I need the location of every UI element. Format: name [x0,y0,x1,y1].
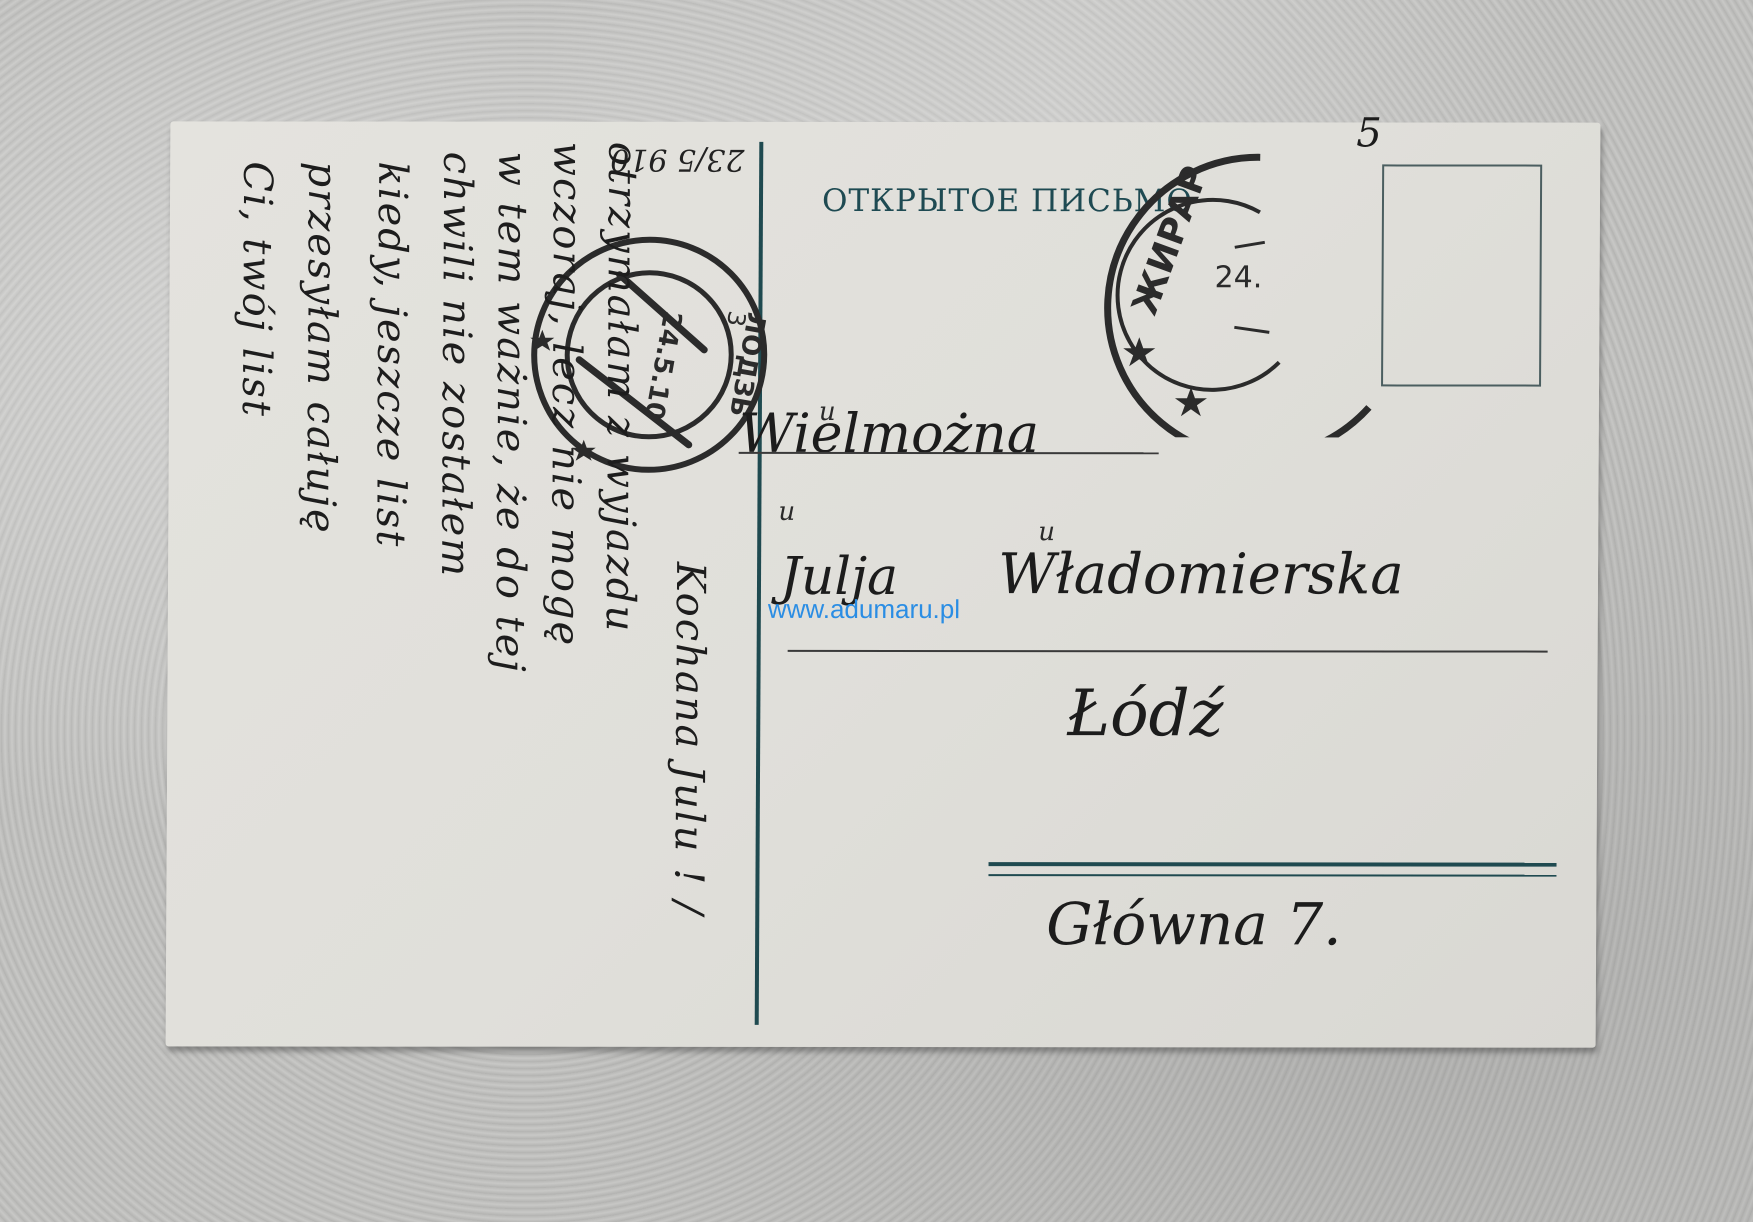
postcard: ОТКРЫТОЕ ПИСЬМО 5 ЖИРАР 24. ЛОДЗЬ 3 24.5… [166,121,1601,1047]
message-line: wczoraj, lecz nie mogę [542,142,591,648]
message-line: chwili nie zostałem [432,152,480,579]
star-icon [1175,387,1207,416]
message-line: Kochana Julu ! / [665,562,713,917]
address-salutation-mark: u [778,497,795,527]
message-line: przesyłam całuję [297,161,345,534]
address-last-name: Władomierska [998,542,1404,607]
postmark-right-date: 24. [1215,260,1263,295]
watermark-url: www.adumaru.pl [768,594,960,625]
address-double-rule [988,862,1556,876]
message-line: kiedy, jeszcze list [367,162,415,549]
address-street: Główna 7. [1046,890,1342,958]
postmark-right: ЖИРАР 24. [1079,137,1401,437]
address-line-1: Wielmożna [739,402,1040,465]
message-line: otrzymałam z wyjazdu [597,142,646,634]
address-city: Łódź [1067,677,1223,751]
message-line: Ci, twój list [233,161,280,418]
postmark-right-town: ЖИРАР [1124,161,1216,321]
stamp-box [1381,164,1542,386]
address-underline [788,650,1548,653]
address-underline [739,452,1159,454]
message-line: w tem ważnie, że do tej [487,152,536,674]
